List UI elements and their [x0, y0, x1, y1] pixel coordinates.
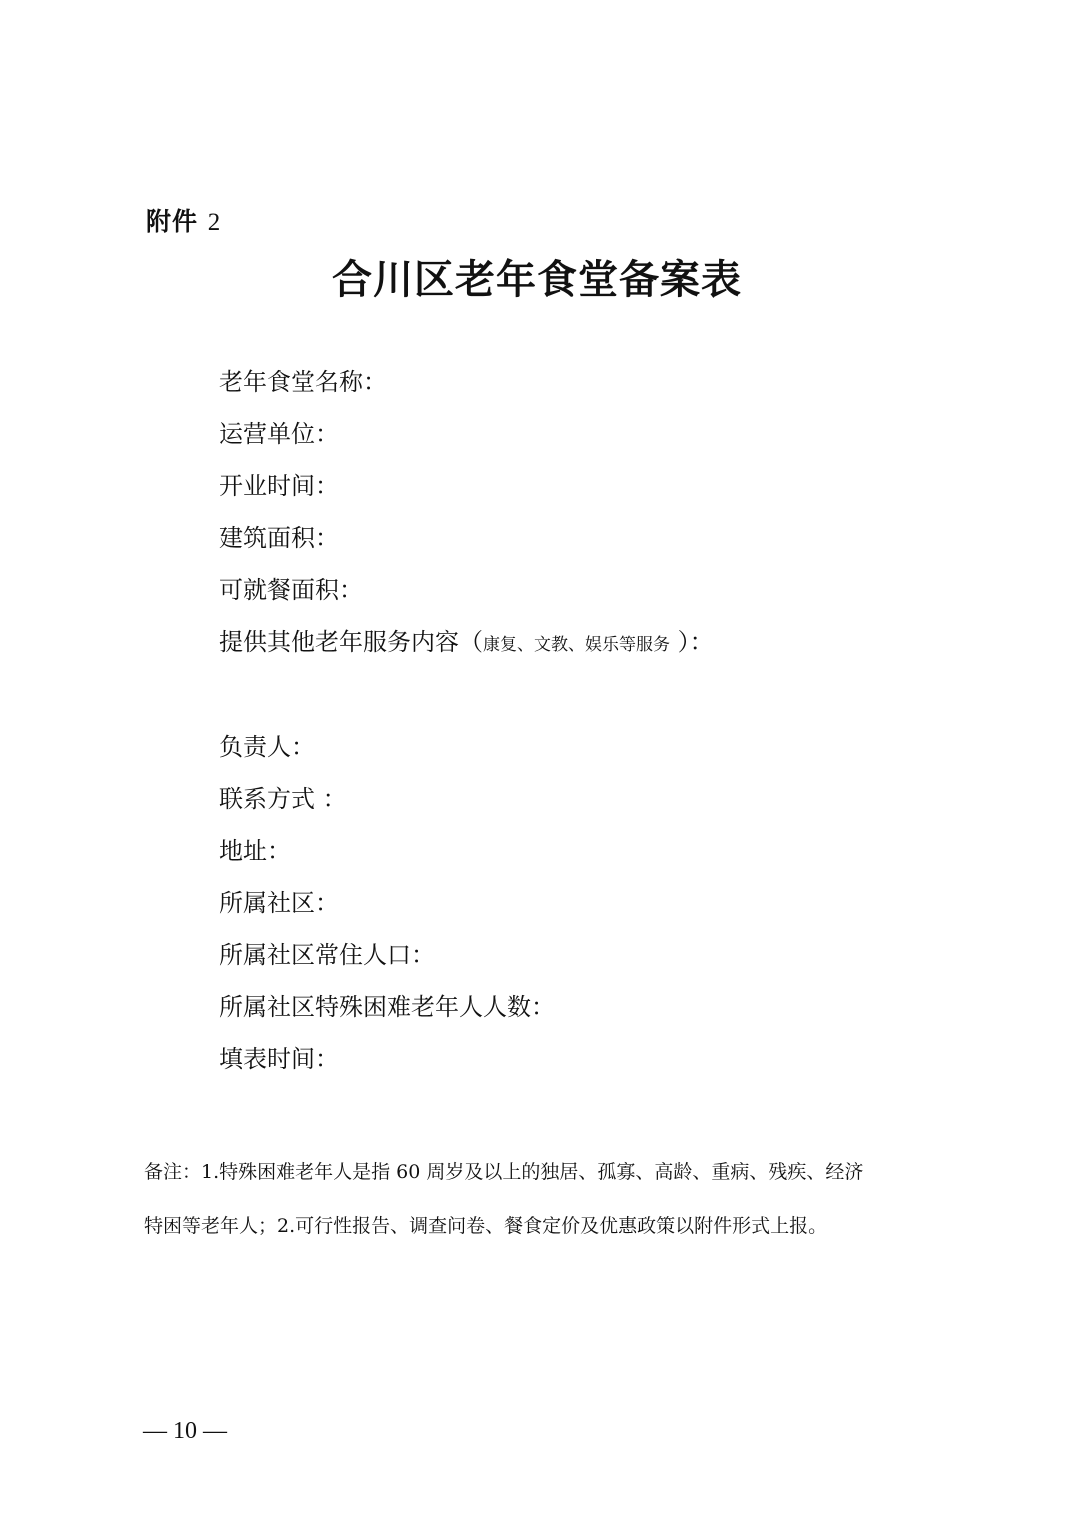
- field-address: 地址：: [219, 831, 291, 866]
- field-other-services-suffix: ）：: [670, 628, 714, 656]
- attachment-text: 附件: [146, 207, 198, 236]
- field-other-services: 提供其他老年服务内容（康复、文教、娱乐等服务 ）：: [219, 622, 714, 657]
- page-number: — 10 —: [143, 1418, 227, 1445]
- field-other-services-hint: 康复、文教、娱乐等服务: [483, 635, 670, 655]
- note-line-2: 特困等老年人；2.可行性报告、调查问卷、餐食定价及优惠政策以附件形式上报。: [144, 1211, 944, 1238]
- field-contact: 联系方式 ：: [219, 779, 347, 814]
- field-dining-area: 可就餐面积：: [219, 570, 363, 605]
- field-community-population: 所属社区常住人口：: [219, 935, 435, 970]
- note-line-1: 备注：1.特殊困难老年人是指 60 周岁及以上的独居、孤寡、高龄、重病、残疾、经…: [144, 1157, 944, 1184]
- field-operator: 运营单位：: [219, 414, 339, 449]
- field-building-area: 建筑面积：: [219, 518, 339, 553]
- field-special-elderly-count: 所属社区特殊困难老年人人数：: [219, 987, 555, 1022]
- field-canteen-name: 老年食堂名称：: [219, 362, 387, 397]
- field-fill-date: 填表时间：: [219, 1039, 339, 1074]
- field-other-services-label: 提供其他老年服务内容（: [219, 628, 483, 656]
- field-community: 所属社区：: [219, 883, 339, 918]
- field-person-in-charge: 负责人：: [219, 727, 315, 762]
- field-opening-time: 开业时间：: [219, 466, 339, 501]
- page-title: 合川区老年食堂备案表: [0, 248, 1074, 305]
- attachment-number: 2: [208, 209, 222, 236]
- attachment-label: 附件 2: [146, 202, 221, 238]
